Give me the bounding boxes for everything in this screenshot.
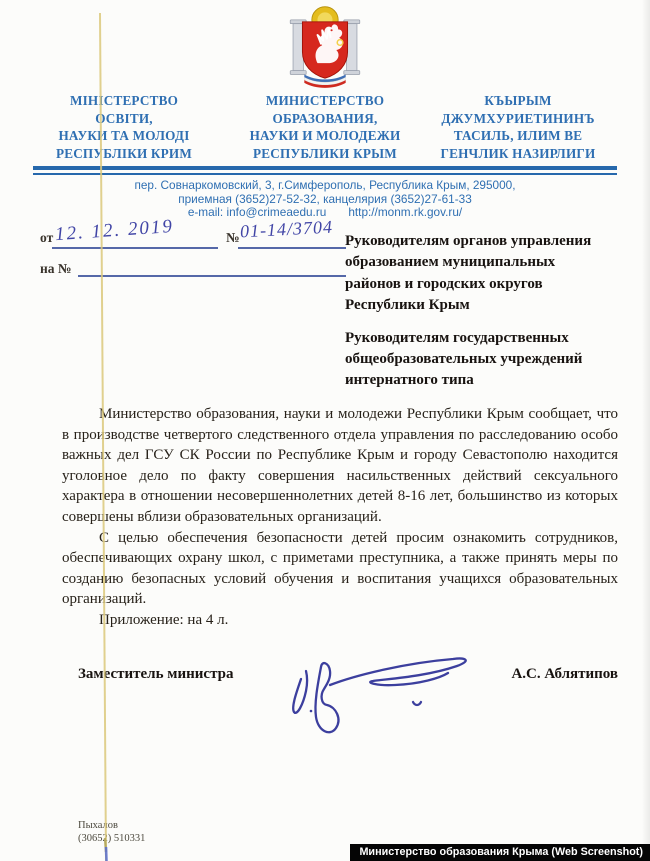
- address-line: приемная (3652)27-52-32, канцелярия (365…: [115, 193, 535, 207]
- org-line: РЕСПУБЛІКИ КРИМ: [38, 145, 210, 163]
- number-label: №: [226, 230, 240, 246]
- number-underline: [238, 247, 346, 249]
- recipient-line: районов и городских округов: [345, 274, 627, 295]
- executor-name: Пыхалов: [78, 820, 145, 833]
- ministry-name-crimean-tatar: КЪЫРЫМ ДЖУМХУРИЕТИНИНЪ ТАСИЛЬ, ИЛИМ ВЕ Г…: [420, 92, 616, 162]
- handwritten-date: 12. 12. 2019: [54, 216, 174, 246]
- org-line: НАУКИ ТА МОЛОДІ: [38, 127, 210, 145]
- org-line: МИНИСТЕРСТВО: [234, 92, 416, 110]
- org-line: НАУКИ И МОЛОДЕЖИ: [234, 127, 416, 145]
- date-underline: [52, 247, 218, 249]
- website-text: http://monm.rk.gov.ru/: [348, 205, 462, 219]
- ministry-address-block: пер. Совнаркомовский, 3, г.Симферополь, …: [115, 179, 535, 220]
- handwritten-signature: [283, 645, 488, 741]
- reply-number-underline: [78, 275, 346, 277]
- recipient-line: интернатного типа: [345, 370, 627, 391]
- org-line: КЪЫРЫМ: [420, 92, 616, 110]
- ministry-name-ukrainian: МІНІСТЕРСТВО ОСВІТИ, НАУКИ ТА МОЛОДІ РЕС…: [38, 92, 210, 162]
- ministry-name-russian: МИНИСТЕРСТВО ОБРАЗОВАНИЯ, НАУКИ И МОЛОДЕ…: [234, 92, 416, 162]
- org-line: РЕСПУБЛИКИ КРЫМ: [234, 145, 416, 163]
- address-line: пер. Совнаркомовский, 3, г.Симферополь, …: [115, 179, 535, 193]
- date-from-label: от: [40, 230, 53, 246]
- recipient-line: образованием муниципальных: [345, 252, 627, 273]
- recipient-group-boarding-schools: Руководителям государственных общеобразо…: [345, 328, 627, 392]
- org-line: ОСВІТИ,: [38, 110, 210, 128]
- reply-to-label: на №: [40, 261, 71, 277]
- recipient-line: Республики Крым: [345, 295, 627, 316]
- recipient-line: Руководителям органов управления: [345, 231, 627, 252]
- letter-body: Министерство образования, науки и молоде…: [62, 404, 618, 631]
- attachment-note: Приложение: на 4 л.: [62, 610, 618, 631]
- watermark-caption: Министерство образования Крыма (Web Scre…: [350, 844, 650, 861]
- org-line: МІНІСТЕРСТВО: [38, 92, 210, 110]
- scan-edge-shading: [642, 0, 650, 861]
- body-paragraph-2: С целью обеспечения безопасности детей п…: [62, 528, 618, 610]
- org-line: ТАСИЛЬ, ИЛИМ ВЕ: [420, 127, 616, 145]
- org-line: ОБРАЗОВАНИЯ,: [234, 110, 416, 128]
- crimea-coat-of-arms-image: [278, 6, 372, 94]
- signer-name: А.С. Аблятипов: [511, 666, 618, 683]
- recipient-group-municipal: Руководителям органов управления образов…: [345, 231, 627, 317]
- handwritten-number: 01-14/3704: [240, 217, 334, 243]
- org-line: ДЖУМХУРИЕТИНИНЪ: [420, 110, 616, 128]
- executor-block: Пыхалов (30652) 510331: [78, 820, 145, 845]
- executor-phone: (30652) 510331: [78, 833, 145, 846]
- signer-position: Заместитель министра: [78, 666, 233, 683]
- recipient-line: общеобразовательных учреждений: [345, 349, 627, 370]
- scanned-letter-page: МІНІСТЕРСТВО ОСВІТИ, НАУКИ ТА МОЛОДІ РЕС…: [0, 0, 650, 861]
- org-line: ГЕНЧЛИК НАЗИРЛИГИ: [420, 145, 616, 163]
- body-paragraph-1: Министерство образования, науки и молоде…: [62, 404, 618, 528]
- letterhead-divider-rule: [33, 166, 617, 175]
- recipient-line: Руководителям государственных: [345, 328, 627, 349]
- recipients-block: Руководителям органов управления образов…: [345, 231, 627, 392]
